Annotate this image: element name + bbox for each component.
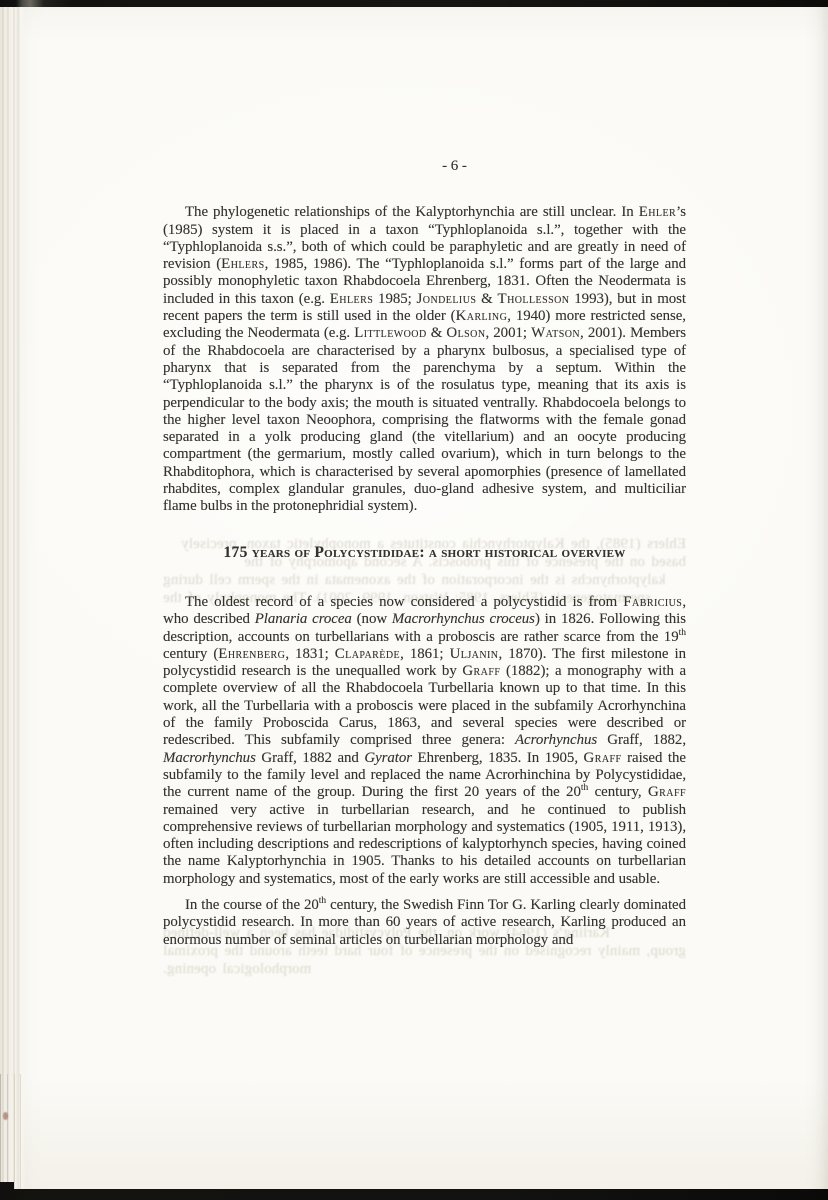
paragraph-history-overview: The oldest record of a species now consi… — [163, 594, 686, 888]
book-page-edges-left — [0, 0, 26, 1200]
paragraph-karling: In the course of the 20th century, the S… — [163, 897, 686, 949]
page-number: - 6 - — [163, 158, 686, 175]
bleed-through-text: morphological opening. — [163, 961, 686, 978]
scanned-page: Ehlers (1985), the Kalyptorhynchia const… — [0, 0, 828, 1200]
red-ink-speck — [3, 1112, 8, 1120]
paragraph-phylogeny: The phylogenetic relationships of the Ka… — [163, 204, 686, 515]
book-page-edges-bottom-left — [0, 1074, 30, 1192]
scanner-edge-bottom-left — [0, 1182, 14, 1200]
page-content: - 6 - The phylogenetic relationships of … — [163, 158, 686, 949]
section-heading: 175 years of Polycystididae: a short his… — [163, 544, 686, 561]
